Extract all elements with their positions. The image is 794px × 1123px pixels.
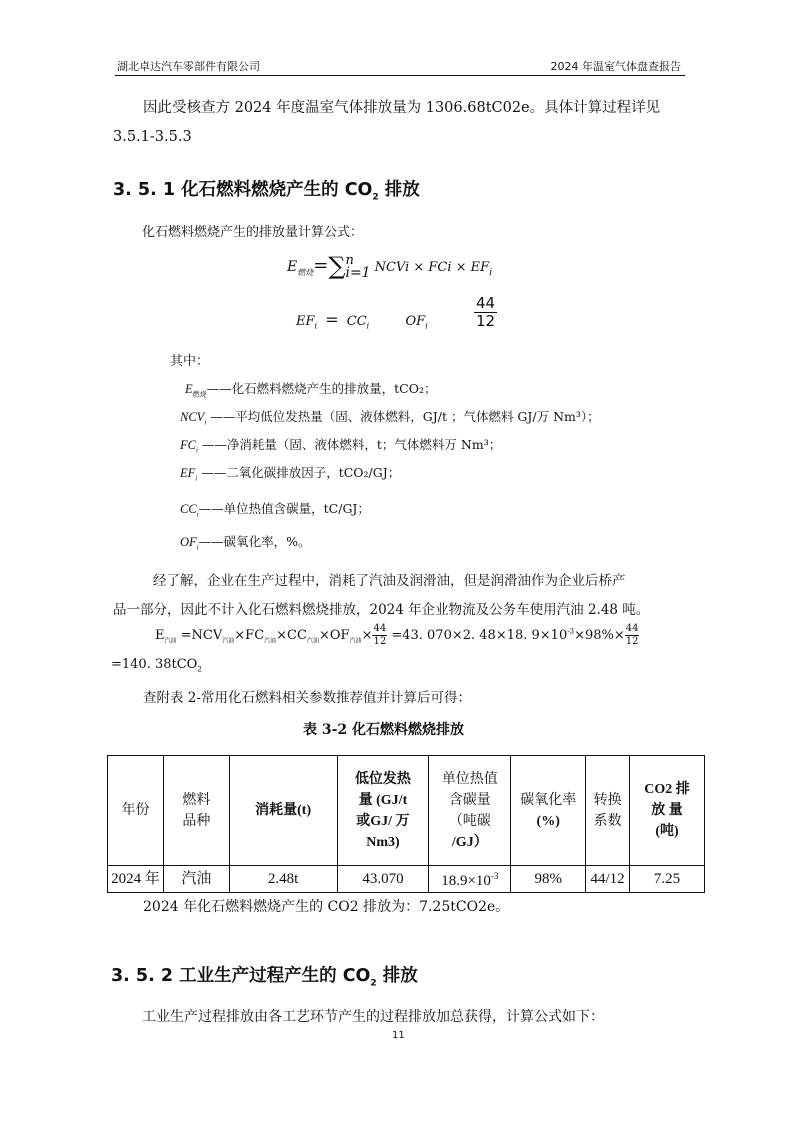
th-text: 或GJ/ 万 xyxy=(356,814,409,829)
heading-suffix: 排放 xyxy=(377,966,418,986)
formula-intro: 化石燃料燃烧产生的排放量计算公式： xyxy=(142,221,363,240)
def-text: ——碳氧化率，%。 xyxy=(199,534,311,549)
def-symbol: EF xyxy=(180,466,195,480)
ef-cc-sub: i xyxy=(367,322,370,331)
def-text: ——化石燃料燃烧产生的排放量，tCO₂； xyxy=(207,381,437,396)
calc-e: E xyxy=(155,628,165,643)
td-consumption: 2.48t xyxy=(229,866,337,893)
def-symbol: CC xyxy=(180,502,197,516)
th-text: (吨) xyxy=(655,824,678,839)
th-text: 含碳量 xyxy=(449,792,491,808)
emissions-table: 年份 燃料品种 消耗量(t) 低位发热量 (GJ/t或GJ/ 万Nm3) 单位热… xyxy=(107,755,705,893)
calc-times: × xyxy=(362,628,373,643)
where-label: 其中： xyxy=(170,350,209,369)
th-text: 燃料 xyxy=(182,792,210,808)
process-intro: 工业生产过程排放由各工艺环节产生的过程排放加总获得，计算公式如下： xyxy=(142,1006,604,1026)
section-heading-3-5-1: 3. 5. 1 化石燃料燃烧产生的 CO2 排放 xyxy=(113,176,420,203)
th-consumption: 消耗量(t) xyxy=(229,756,337,866)
formula-rhs: NCVi × FCi × EF xyxy=(375,260,490,275)
def-subscript: 燃烧 xyxy=(193,391,207,399)
def-symbol: FC xyxy=(180,438,196,452)
table-caption: 表 3-2 化石燃料燃烧排放 xyxy=(303,719,464,739)
ef-fraction-den: 12 xyxy=(474,313,497,330)
formula-rhs-sub: i xyxy=(489,268,492,278)
def-symbol: E xyxy=(185,382,193,396)
ef-of: OF xyxy=(406,314,426,329)
formula-emission: E燃烧=∑ni=1NCVi × FCi × EFi xyxy=(287,252,492,280)
th-text: 低位发热 xyxy=(355,772,411,787)
calc-frac-den: 12 xyxy=(372,636,387,647)
td-oxidation-rate: 98% xyxy=(511,866,586,893)
def-symbol: NCV xyxy=(180,410,204,424)
definition-ef: EFi ——二氧化碳排放因子，tCO₂/GJ； xyxy=(180,463,400,483)
calc-result: =140. 38tCO2 xyxy=(111,657,202,674)
th-text: （吨碳 xyxy=(449,813,491,829)
calc-cc: ×CC xyxy=(276,628,307,643)
td-carbon-content: 18.9×10-3 xyxy=(429,866,511,893)
th-oxidation-rate: 碳氧化率(%) xyxy=(511,756,586,866)
formula-ef: EFi = CCi OFi xyxy=(296,310,428,331)
th-conversion-factor: 转换系数 xyxy=(586,756,630,866)
ef-eq: = xyxy=(325,310,338,329)
cc-exponent: -3 xyxy=(491,871,499,881)
heading-suffix: 排放 xyxy=(379,180,420,200)
calc-sub: 汽油 xyxy=(307,637,319,644)
th-text: /GJ） xyxy=(452,835,488,850)
calc-result-text: =140. 38tCO xyxy=(111,657,197,672)
def-text: ——平均低位发热量（固、液体燃料，GJ/t ；气体燃料 GJ/万 Nm³）； xyxy=(206,409,599,424)
td-year: 2024 年 xyxy=(108,866,164,893)
th-text: (%) xyxy=(537,814,560,829)
header-company: 湖北卓达汽车零部件有限公司 xyxy=(117,58,260,74)
calc-fc: ×FC xyxy=(234,628,264,643)
ef-of-sub: i xyxy=(425,322,428,331)
td-co2: 7.25 xyxy=(630,866,705,893)
intro-line-2: 3.5.1-3.5.3 xyxy=(113,127,192,147)
def-symbol: OF xyxy=(180,535,197,549)
heading-text: 3. 5. 1 化石燃料燃烧产生的 CO xyxy=(113,180,372,200)
sigma-symbol: ∑ xyxy=(328,252,345,280)
calc-frac-num: 44 xyxy=(625,624,640,636)
th-text: 碳氧化率 xyxy=(520,792,576,808)
lookup-text: 查附表 2-常用化石燃料相关参数推荐值并计算后可得： xyxy=(143,686,471,706)
def-text: ——二氧化碳排放因子，tCO₂/GJ； xyxy=(197,465,400,480)
para-gasoline-line-1: 经了解，企业在生产过程中，消耗了汽油及润滑油，但是润滑油作为企业后桥产 xyxy=(153,569,626,589)
th-text: 量 (GJ/t xyxy=(359,793,408,808)
calc-sub: 汽油 xyxy=(350,637,362,644)
ef-lhs: EF xyxy=(296,314,315,329)
calc-of: ×OF xyxy=(319,628,350,643)
formula-eq: = xyxy=(313,255,328,276)
calc-sub: 汽油 xyxy=(165,637,177,644)
ef-cc: CC xyxy=(347,314,367,329)
td-conversion-factor: 44/12 xyxy=(586,866,630,893)
th-text: 单位热值 xyxy=(442,771,498,787)
th-ncv: 低位发热量 (GJ/t或GJ/ 万Nm3) xyxy=(337,756,429,866)
formula-lhs-sub: 燃烧 xyxy=(297,268,313,277)
th-co2-emission: CO2 排放 量(吨) xyxy=(630,756,705,866)
ef-fraction: 4412 xyxy=(474,296,497,329)
th-text: 消耗量(t) xyxy=(255,803,311,818)
calc-rhs: =43. 070×2. 48×18. 9×10 xyxy=(387,628,567,643)
def-text: ——净消耗量（固、液体燃料，t；气体燃料万 Nm³； xyxy=(198,437,501,452)
page-number: 11 xyxy=(392,1030,405,1041)
definition-fc: FCi ——净消耗量（固、液体燃料，t；气体燃料万 Nm³； xyxy=(180,435,501,455)
intro-line-1: 因此受核查方 2024 年度温室气体排放量为 1306.68tC02e。具体计算… xyxy=(143,98,660,118)
definition-of: OFi——碳氧化率，%。 xyxy=(180,532,311,552)
calc-result-sub: 2 xyxy=(197,666,201,674)
cc-base: 18.9×10 xyxy=(441,873,491,889)
def-text: ——单位热值含碳量，tC/GJ； xyxy=(199,501,370,516)
heading-text: 3. 5. 2 工业生产过程产生的 CO xyxy=(111,966,370,986)
sigma-lower: i=1 xyxy=(345,267,370,280)
formula-lhs: E xyxy=(287,259,297,275)
th-text: 放 量 xyxy=(651,803,683,818)
th-text: 转换 xyxy=(594,792,622,808)
fossil-summary: 2024 年化石燃料燃烧产生的 CO2 排放为：7.25tCO2e。 xyxy=(143,896,509,916)
calc-sub: 汽油 xyxy=(264,637,276,644)
th-carbon-content: 单位热值含碳量（吨碳/GJ） xyxy=(429,756,511,866)
th-fuel-type: 燃料品种 xyxy=(163,756,229,866)
td-ncv: 43.070 xyxy=(337,866,429,893)
calc-sub: 汽油 xyxy=(222,637,234,644)
th-text: Nm3) xyxy=(366,835,399,850)
th-year: 年份 xyxy=(108,756,164,866)
section-heading-3-5-2: 3. 5. 2 工业生产过程产生的 CO2 排放 xyxy=(111,962,418,989)
calc-line: E汽油 =NCV汽油×FC汽油×CC汽油×OF汽油×4412 =43. 070×… xyxy=(155,624,639,647)
definition-cc: CCi——单位热值含碳量，tC/GJ； xyxy=(180,499,370,519)
th-text: 品种 xyxy=(182,813,210,829)
calc-ncv: =NCV xyxy=(177,628,223,643)
ef-lhs-sub: i xyxy=(315,322,318,331)
table-row: 2024 年 汽油 2.48t 43.070 18.9×10-3 98% 44/… xyxy=(108,866,705,893)
para-gasoline-line-2: 品一部分，因此不计入化石燃料燃烧排放，2024 年企业物流及公务车使用汽油 2.… xyxy=(113,598,649,618)
th-text: CO2 排 xyxy=(644,782,690,797)
th-text: 系数 xyxy=(594,813,622,829)
td-fuel: 汽油 xyxy=(163,866,229,893)
table-header-row: 年份 燃料品种 消耗量(t) 低位发热量 (GJ/t或GJ/ 万Nm3) 单位热… xyxy=(108,756,705,866)
th-text: 年份 xyxy=(121,802,149,818)
calc-frac-den: 12 xyxy=(625,636,640,647)
definition-ncv: NCVi ——平均低位发热量（固、液体燃料，GJ/t ；气体燃料 GJ/万 Nm… xyxy=(180,407,600,427)
header-report-title: 2024 年温室气体盘查报告 xyxy=(551,58,682,74)
definition-e: E燃烧——化石燃料燃烧产生的排放量，tCO₂； xyxy=(185,379,437,400)
calc-frac-num: 44 xyxy=(372,624,387,636)
ef-fraction-num: 44 xyxy=(474,296,497,313)
calc-rhs-2: ×98%× xyxy=(574,628,625,643)
page-header: 湖北卓达汽车零部件有限公司 2024 年温室气体盘查报告 xyxy=(115,57,685,76)
